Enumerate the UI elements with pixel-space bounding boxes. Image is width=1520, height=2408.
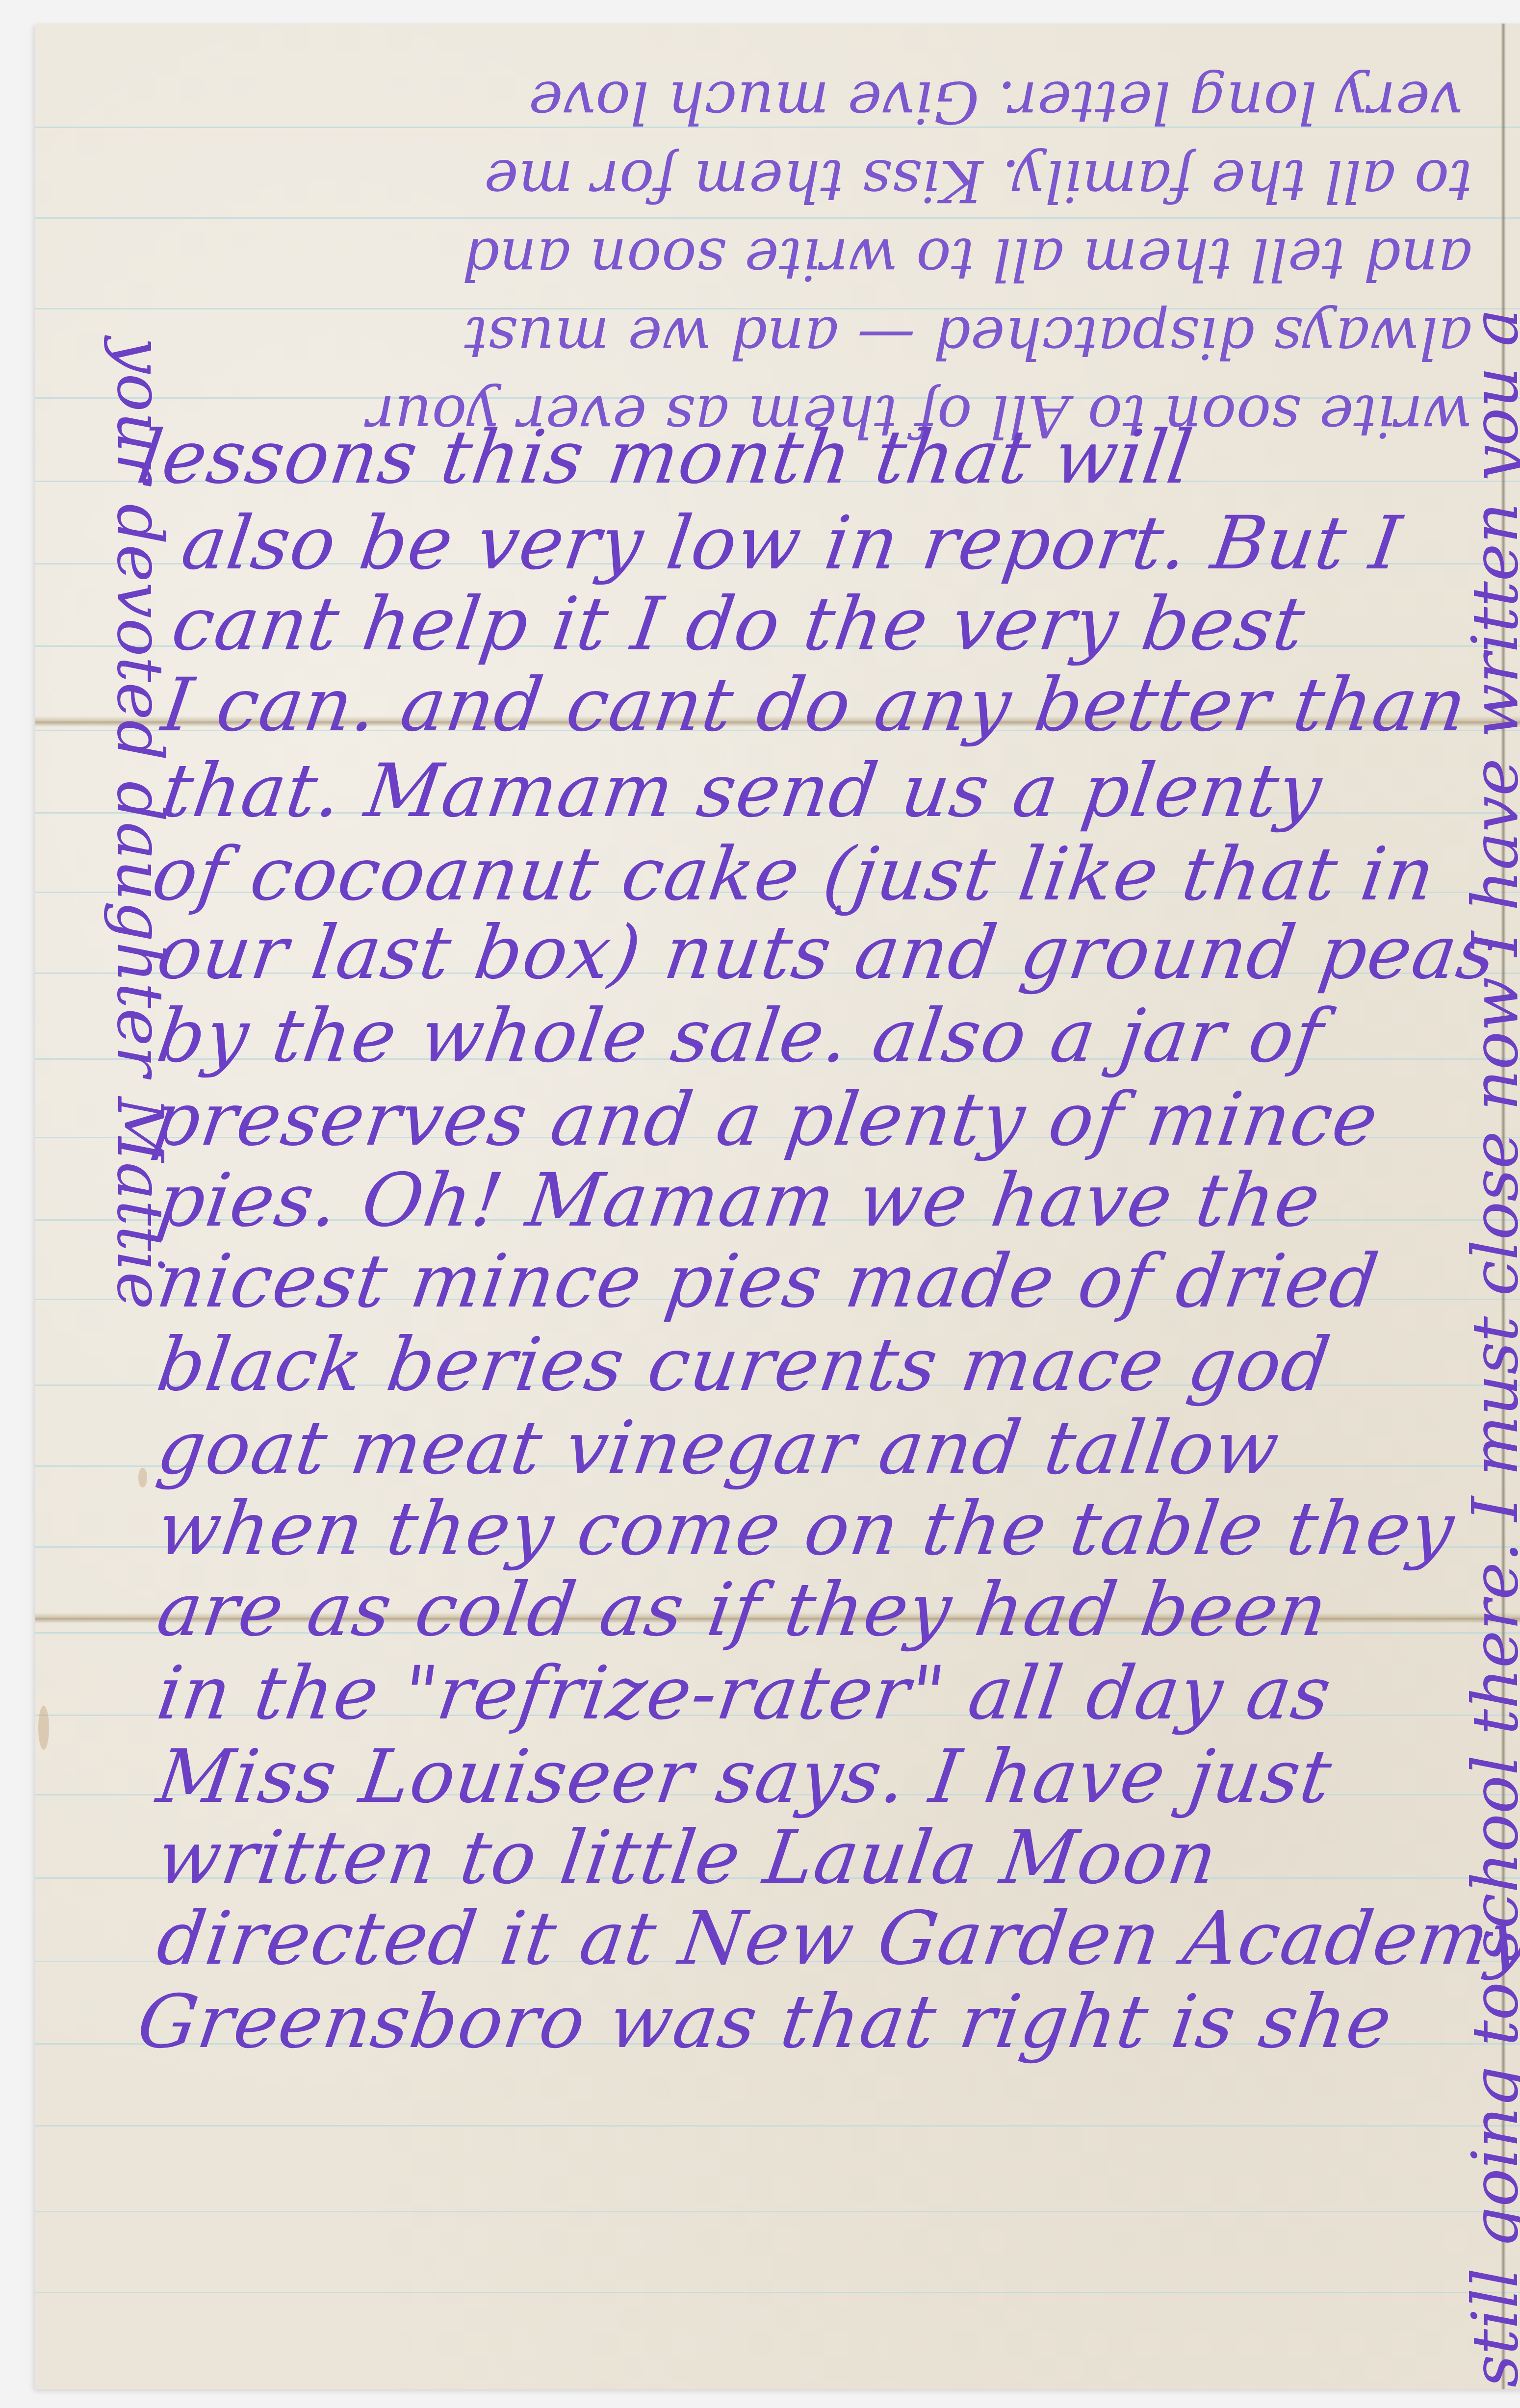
body-line: pies. Oh! Mamam we have the [153,1164,1325,1237]
body-line: nicest mince pies made of dried [153,1245,1383,1318]
letter-page: very long letter. Give much love to all … [35,24,1520,2389]
left-margin-signature: your devoted daughter Mattie [103,337,178,2005]
body-line: written to little Laula Moon [153,1821,1222,1895]
body-line: when they come on the table they [153,1492,1459,1566]
body-line: cant help it I do the very best [168,588,1310,661]
body-line: of cocoanut cake (just like that in [148,838,1440,911]
body-line: by the whole sale. also a jar of [153,999,1328,1073]
body-line: also be very low in report. But I [178,507,1406,580]
inverted-line: to all the family. Kiss them for me [484,152,1472,210]
inverted-text-block: very long letter. Give much love to all … [133,53,1482,475]
body-line: preserves and a plenty of mince [148,1083,1383,1156]
right-margin-note: still going to school there. I must clos… [1458,33,1520,2387]
rule-line [35,2211,1520,2212]
body-line: our last box) nuts and ground peas [153,916,1501,990]
inverted-line: always dispatched — and we must [464,309,1472,367]
body-line: I can. and cant do any better than [158,668,1471,742]
inverted-line: very long letter. Give much love [529,74,1463,131]
body-line: lessons this month that will [133,421,1197,494]
stain-spot [38,1706,49,1750]
body-line: Miss Louiseer says. I have just [153,1740,1337,1814]
body-line: in the "refrize-rater" all day as [153,1657,1336,1730]
rule-line [35,2125,1520,2126]
inverted-line: and tell them all to write soon and [462,231,1472,288]
body-line: that. Mamam send us a plenty [158,754,1326,828]
body-line: are as cold as if they had been [153,1573,1332,1647]
body-line: Greensboro was that right is she [133,1985,1397,2059]
body-line: black beries curents mace god [153,1328,1335,1402]
rule-line [35,2292,1520,2293]
body-line: goat meat vinegar and tallow [153,1411,1284,1485]
body-line: directed it at New Garden Academy [153,1902,1520,1975]
